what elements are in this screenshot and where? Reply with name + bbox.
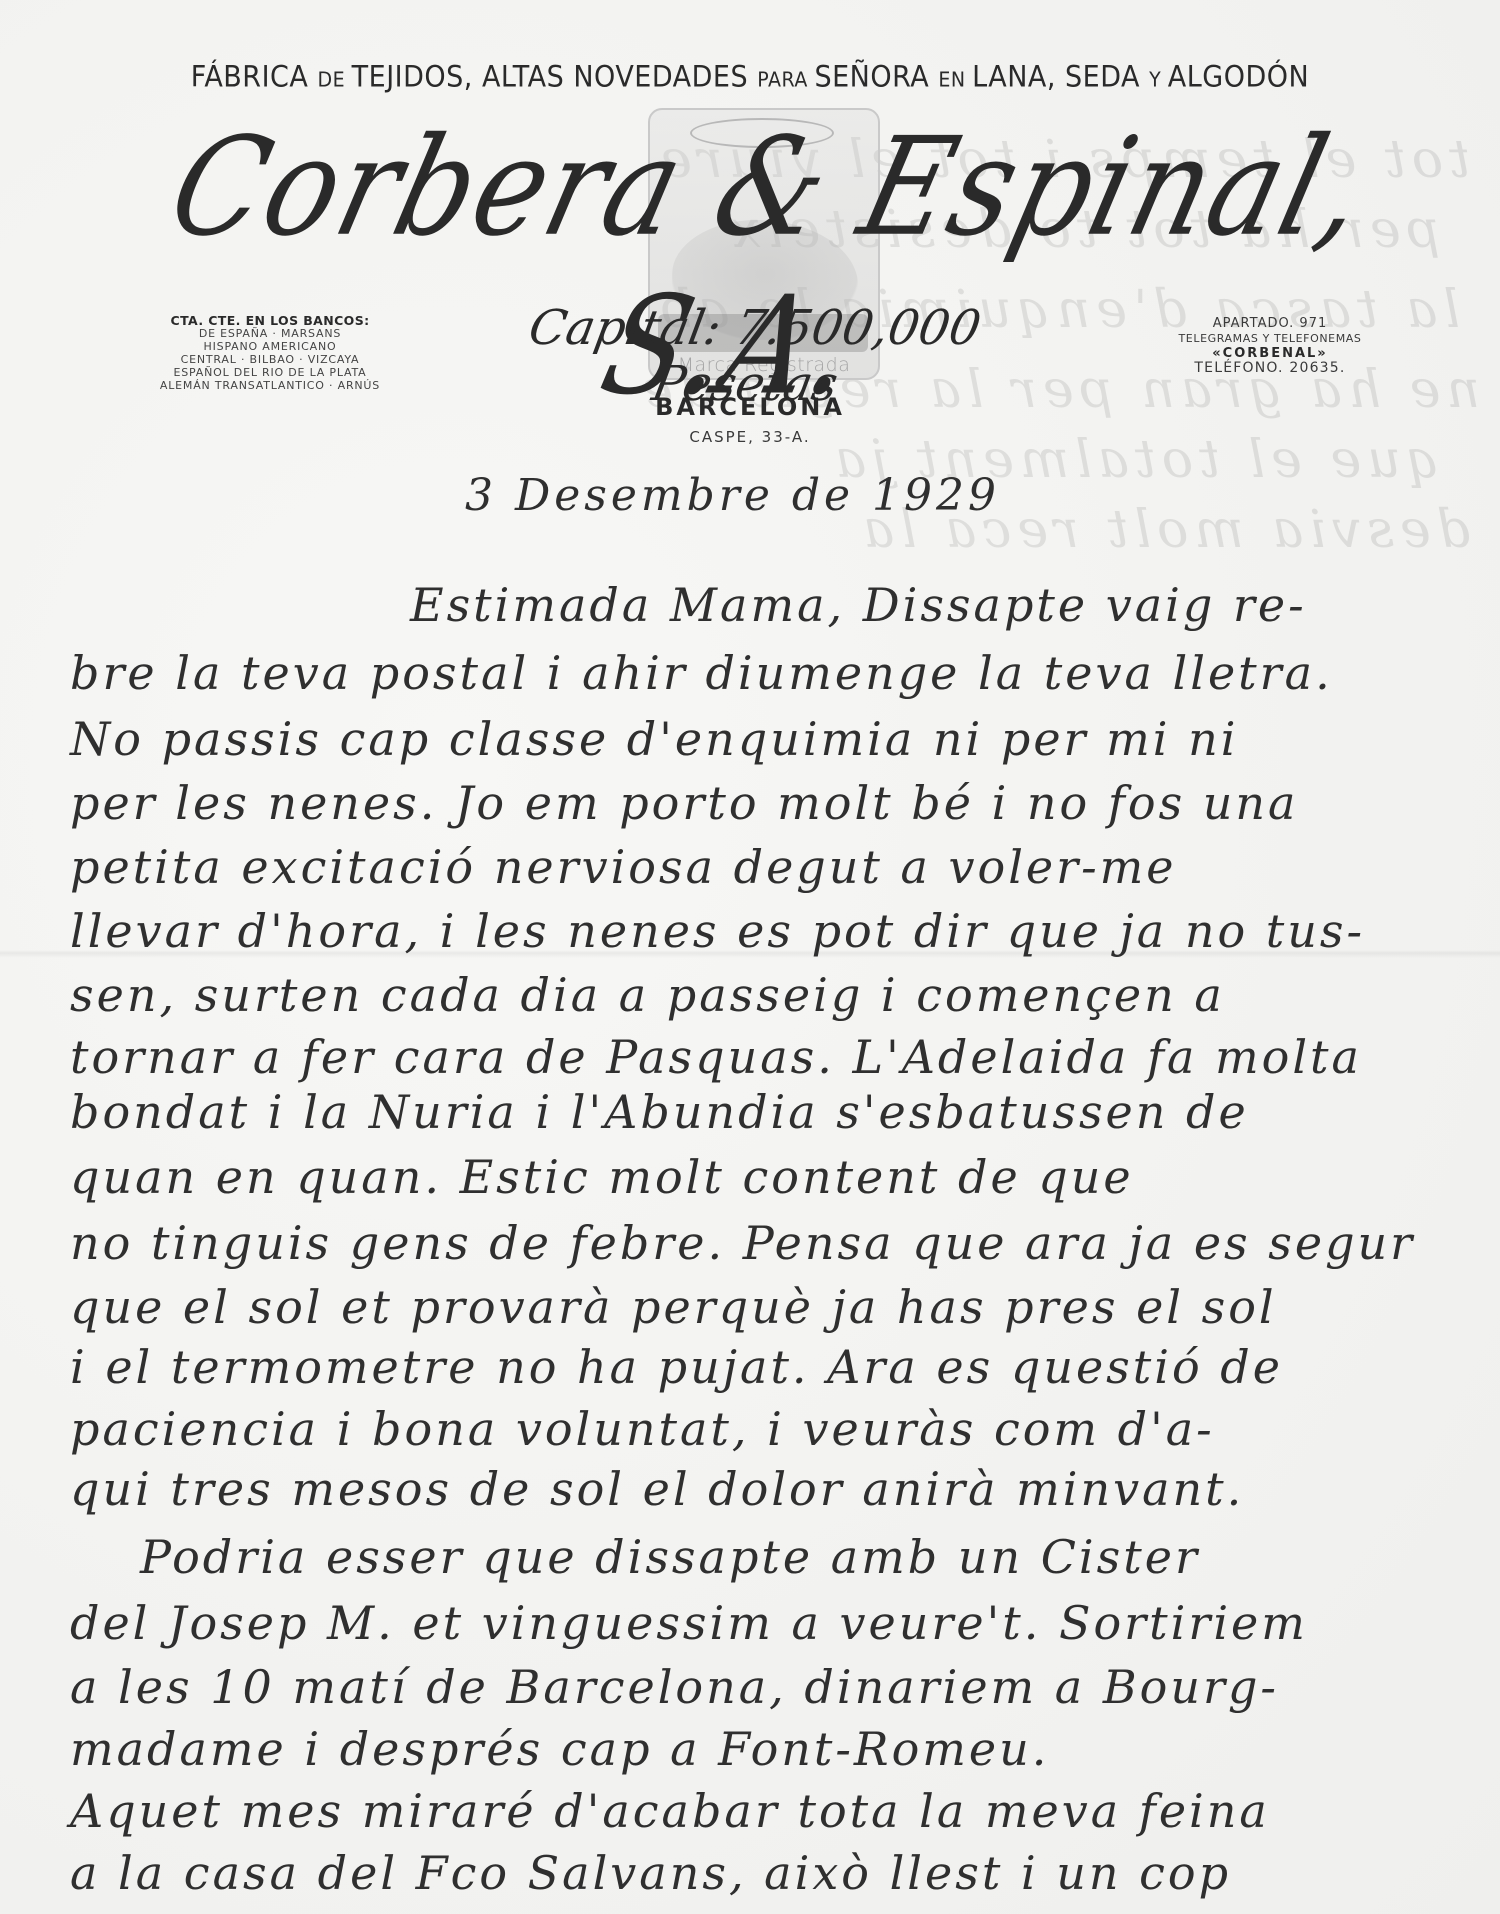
letter-line: bondat i la Nuria i l'Abundia s'esbatuss… — [70, 1085, 1249, 1139]
city: BARCELONA — [0, 393, 1500, 421]
letter-line: sen, surten cada dia a passeig i començe… — [70, 968, 1225, 1022]
tagline-part: Y — [1149, 68, 1168, 92]
tagline-part: SEÑORA — [814, 61, 938, 94]
letterhead-tagline: FÁBRICA DE TEJIDOS, ALTAS NOVEDADES PARA… — [0, 61, 1500, 94]
bank-accounts: CTA. CTE. EN LOS BANCOS: DE ESPAÑA · MAR… — [120, 314, 420, 392]
contact-info: APARTADO. 971 TELEGRAMAS Y TELEFONEMAS «… — [1130, 316, 1410, 376]
tagline-part: FÁBRICA — [191, 61, 318, 94]
bank-line: ESPAÑOL DEL RIO DE LA PLATA — [120, 366, 420, 379]
banks-heading: CTA. CTE. EN LOS BANCOS: — [120, 314, 420, 327]
letter-line: madame i després cap a Font-Romeu. — [70, 1722, 1049, 1776]
tagline-part: TEJIDOS, ALTAS NOVEDADES — [352, 61, 758, 94]
letter-line: Aquet mes miraré d'acabar tota la meva f… — [70, 1784, 1270, 1838]
tagline-part: DE — [317, 68, 351, 92]
letter-line: i el termometre no ha pujat. Ara es ques… — [70, 1340, 1283, 1394]
bank-line: DE ESPAÑA · MARSANS — [120, 327, 420, 340]
bank-line: ALEMÁN TRANSATLANTICO · ARNÚS — [120, 379, 420, 392]
letter-line: tornar a fer cara de Pasquas. L'Adelaida… — [70, 1030, 1362, 1084]
letter-line: per les nenes. Jo em porto molt bé i no … — [70, 776, 1298, 830]
letter-line: qui tres mesos de sol el dolor anirà min… — [70, 1462, 1244, 1516]
telegram-label: TELEGRAMAS Y TELEFONEMAS — [1130, 331, 1410, 346]
letter-line: No passis cap classe d'enquimia ni per m… — [70, 712, 1238, 766]
tagline-part: LANA, SEDA — [972, 61, 1149, 94]
letter-line: Podria esser que dissapte amb un Cister — [140, 1530, 1200, 1584]
tagline-part: EN — [938, 68, 972, 92]
bank-line: HISPANO AMERICANO — [120, 340, 420, 353]
letter-line: a les 10 matí de Barcelona, dinariem a B… — [70, 1660, 1279, 1714]
letter-line: bre la teva postal i ahir diumenge la te… — [70, 646, 1333, 700]
po-box: APARTADO. 971 — [1130, 316, 1410, 331]
telegraphic-address: «CORBENAL» — [1130, 346, 1410, 361]
letter-line: del Josep M. et vinguessim a veure't. So… — [70, 1596, 1308, 1650]
tagline-part: ALGODÓN — [1168, 61, 1309, 94]
street-address: CASPE, 33-A. — [0, 428, 1500, 446]
tagline-part: PARA — [757, 68, 814, 92]
letter-line: a la casa del Fco Salvans, això llest i … — [70, 1846, 1231, 1900]
letter-line: quan en quan. Estic molt content de que — [70, 1150, 1134, 1204]
letter-line: paciencia i bona voluntat, i veuràs com … — [70, 1402, 1215, 1456]
bank-line: CENTRAL · BILBAO · VIZCAYA — [120, 353, 420, 366]
letter-date: 3 Desembre de 1929 — [465, 470, 1000, 521]
letter-line: no tinguis gens de febre. Pensa que ara … — [70, 1216, 1415, 1270]
telephone: TELÉFONO. 20635. — [1130, 361, 1410, 376]
letter-line: petita excitació nerviosa degut a voler-… — [70, 840, 1177, 894]
letter-line: llevar d'hora, i les nenes es pot dir qu… — [70, 904, 1365, 958]
letter-line: que el sol et provarà perquè ja has pres… — [70, 1280, 1277, 1334]
letter-line: Estimada Mama, Dissapte vaig re- — [410, 578, 1307, 632]
